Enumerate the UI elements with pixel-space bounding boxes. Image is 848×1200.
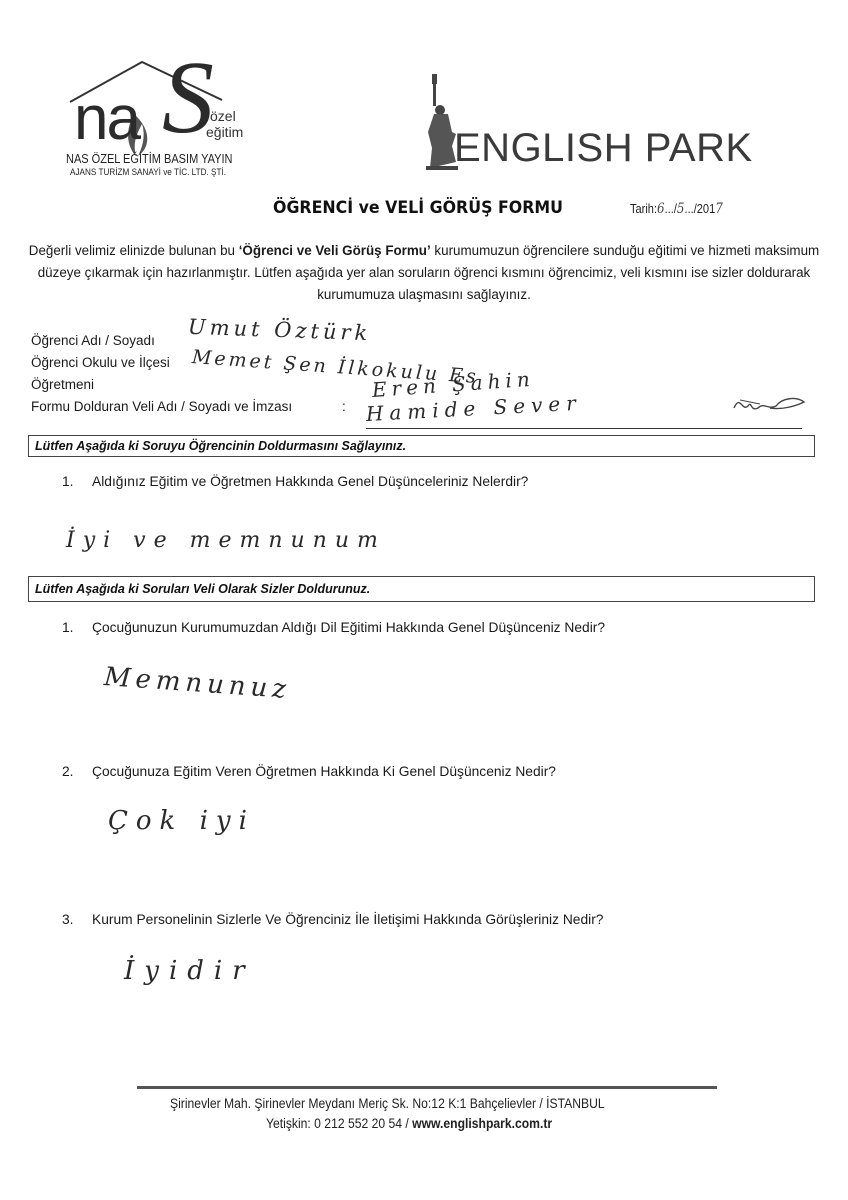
nas-company-sub: AJANS TURİZM SANAYİ ve TİC. LTD. ŞTİ. — [70, 167, 226, 178]
footer-contact: Yetişkin: 0 212 552 20 54 / www.englishp… — [266, 1116, 552, 1131]
form-name-emphasis: ‘Öğrenci ve Veli Görüş Formu’ — [239, 243, 431, 258]
parent-name-underline — [366, 428, 802, 429]
student-name-label: Öğrenci Adı / Soyadı — [31, 333, 155, 348]
footer-phone: Yetişkin: 0 212 552 20 54 / — [266, 1116, 412, 1131]
signature-mark[interactable] — [730, 392, 810, 418]
parent-question-2: 2.Çocuğunuza Eğitim Veren Öğretmen Hakkı… — [62, 764, 556, 779]
nas-ozel-text: özel — [210, 108, 236, 124]
student-answer-1[interactable]: İyi ve memnunum — [66, 528, 386, 553]
date-month: 5 — [677, 201, 685, 217]
date-year-prefix: 201 — [697, 201, 715, 216]
student-school-label: Öğrenci Okulu ve İlçesi — [31, 355, 170, 370]
date-day: 6 — [657, 201, 665, 217]
form-title: ÖĞRENCİ ve VELİ GÖRÜŞ FORMU — [273, 198, 563, 218]
intro-paragraph: Değerli velimiz elinizde bulunan bu ‘Öğr… — [28, 240, 820, 306]
english-park-logo: ENGLISH PARK — [422, 72, 772, 182]
student-name-field[interactable]: Umut Öztürk — [188, 315, 372, 345]
nas-egitim-text: eğitim — [206, 124, 243, 140]
nas-logo: na S özel eğitim NAS ÖZEL EĞİTİM BASIM Y… — [62, 44, 277, 194]
parent-question-1: 1.Çocuğunuzun Kurumumuzdan Aldığı Dil Eğ… — [62, 620, 605, 635]
date-field[interactable]: Tarih:6.../5.../2017 — [630, 201, 723, 217]
student-question-1: 1.Aldığınız Eğitim ve Öğretmen Hakkında … — [62, 474, 528, 489]
student-instruction-box: Lütfen Aşağıda ki Soruyu Öğrencinin Dold… — [28, 435, 815, 457]
parent-answer-3[interactable]: İyidir — [124, 956, 255, 986]
parent-separator: : — [342, 399, 346, 414]
footer-address: Şirinevler Mah. Şirinevler Meydanı Meriç… — [170, 1096, 605, 1111]
parent-question-3: 3.Kurum Personelinin Sizlerle Ve Öğrenci… — [62, 912, 603, 927]
parent-answer-2[interactable]: Çok iyi — [108, 806, 255, 836]
date-year-suffix: 7 — [715, 201, 723, 217]
footer-website-link[interactable]: www.englishpark.com.tr — [412, 1116, 552, 1131]
brand-name: ENGLISH PARK — [454, 128, 753, 168]
footer-divider — [137, 1086, 717, 1089]
parent-answer-1[interactable]: Memnunuz — [103, 662, 292, 705]
date-label: Tarih: — [630, 201, 657, 216]
parent-instruction-box: Lütfen Aşağıda ki Soruları Veli Olarak S… — [28, 576, 815, 602]
nas-company-name: NAS ÖZEL EĞİTİM BASIM YAYIN — [66, 152, 232, 166]
teacher-label: Öğretmeni — [31, 377, 94, 392]
nas-mark-letters: na — [74, 88, 139, 150]
parent-name-label: Formu Dolduran Veli Adı / Soyadı ve İmza… — [31, 399, 292, 414]
